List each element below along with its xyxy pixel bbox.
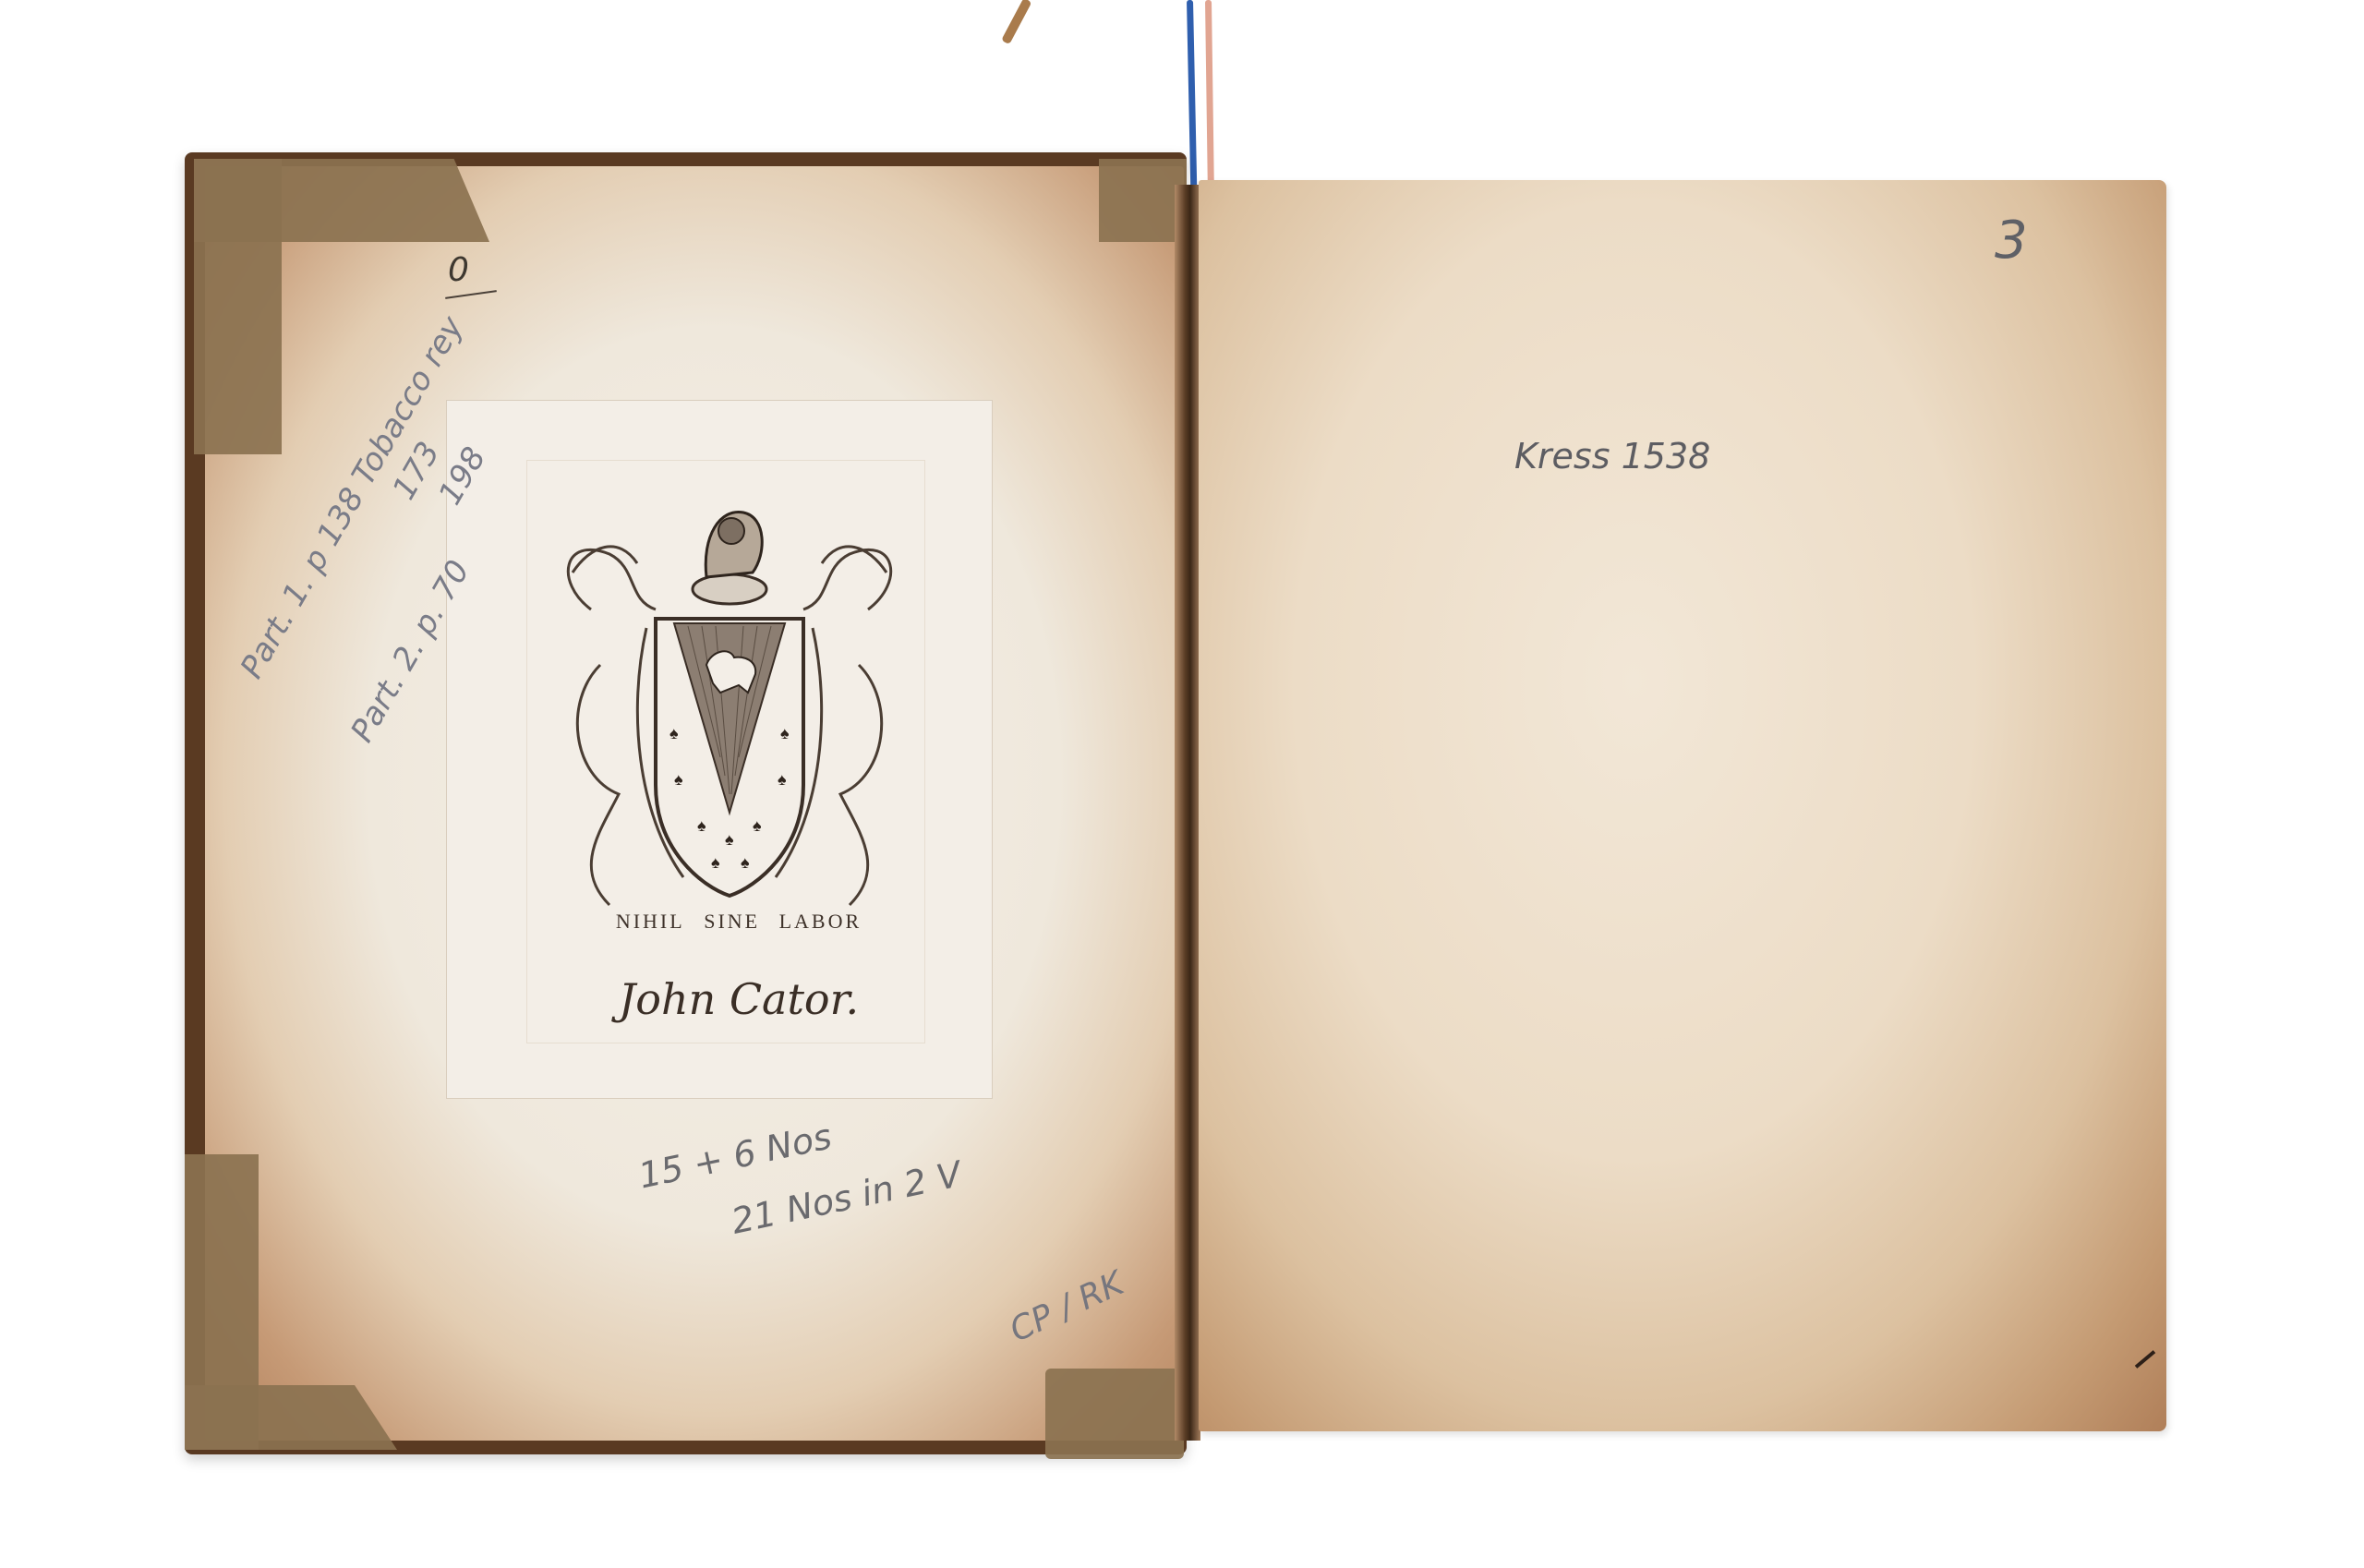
bookplate-motto: NIHIL SINE LABOR <box>554 910 923 965</box>
svg-text:♠: ♠ <box>674 770 683 789</box>
vellum-corner-top-left-side <box>194 159 282 454</box>
svg-text:♠: ♠ <box>725 830 734 849</box>
svg-text:♠: ♠ <box>669 724 679 742</box>
vellum-corner-bottom-right <box>1045 1369 1184 1459</box>
vellum-corner-top-right <box>1099 159 1187 242</box>
pink-bookmark-ribbon <box>1205 0 1214 194</box>
motto-word-3: LABOR <box>779 910 862 934</box>
bookplate-owner-name: John Cator. <box>554 974 923 1024</box>
pencil-shelf-mark: Kress 1538 <box>1514 436 1710 476</box>
blue-bookmark-ribbon <box>1187 0 1197 194</box>
book-gutter <box>1175 185 1200 1441</box>
twine-string <box>1001 0 1031 44</box>
coat-of-arms-icon: ♠♠ ♠♠ ♠♠ ♠♠ ♠ <box>536 480 923 942</box>
svg-text:♠: ♠ <box>753 816 762 835</box>
first-free-leaf <box>1199 180 2166 1431</box>
svg-text:♠: ♠ <box>778 770 787 789</box>
motto-word-2: SINE <box>704 910 760 934</box>
motto-word-1: NIHIL <box>616 910 685 934</box>
svg-text:♠: ♠ <box>711 853 720 872</box>
svg-text:♠: ♠ <box>780 724 790 742</box>
pencil-mark-zero: 0 <box>448 251 469 289</box>
svg-text:♠: ♠ <box>741 853 750 872</box>
pencil-page-number: 3 <box>1995 211 2028 271</box>
svg-text:♠: ♠ <box>697 816 706 835</box>
